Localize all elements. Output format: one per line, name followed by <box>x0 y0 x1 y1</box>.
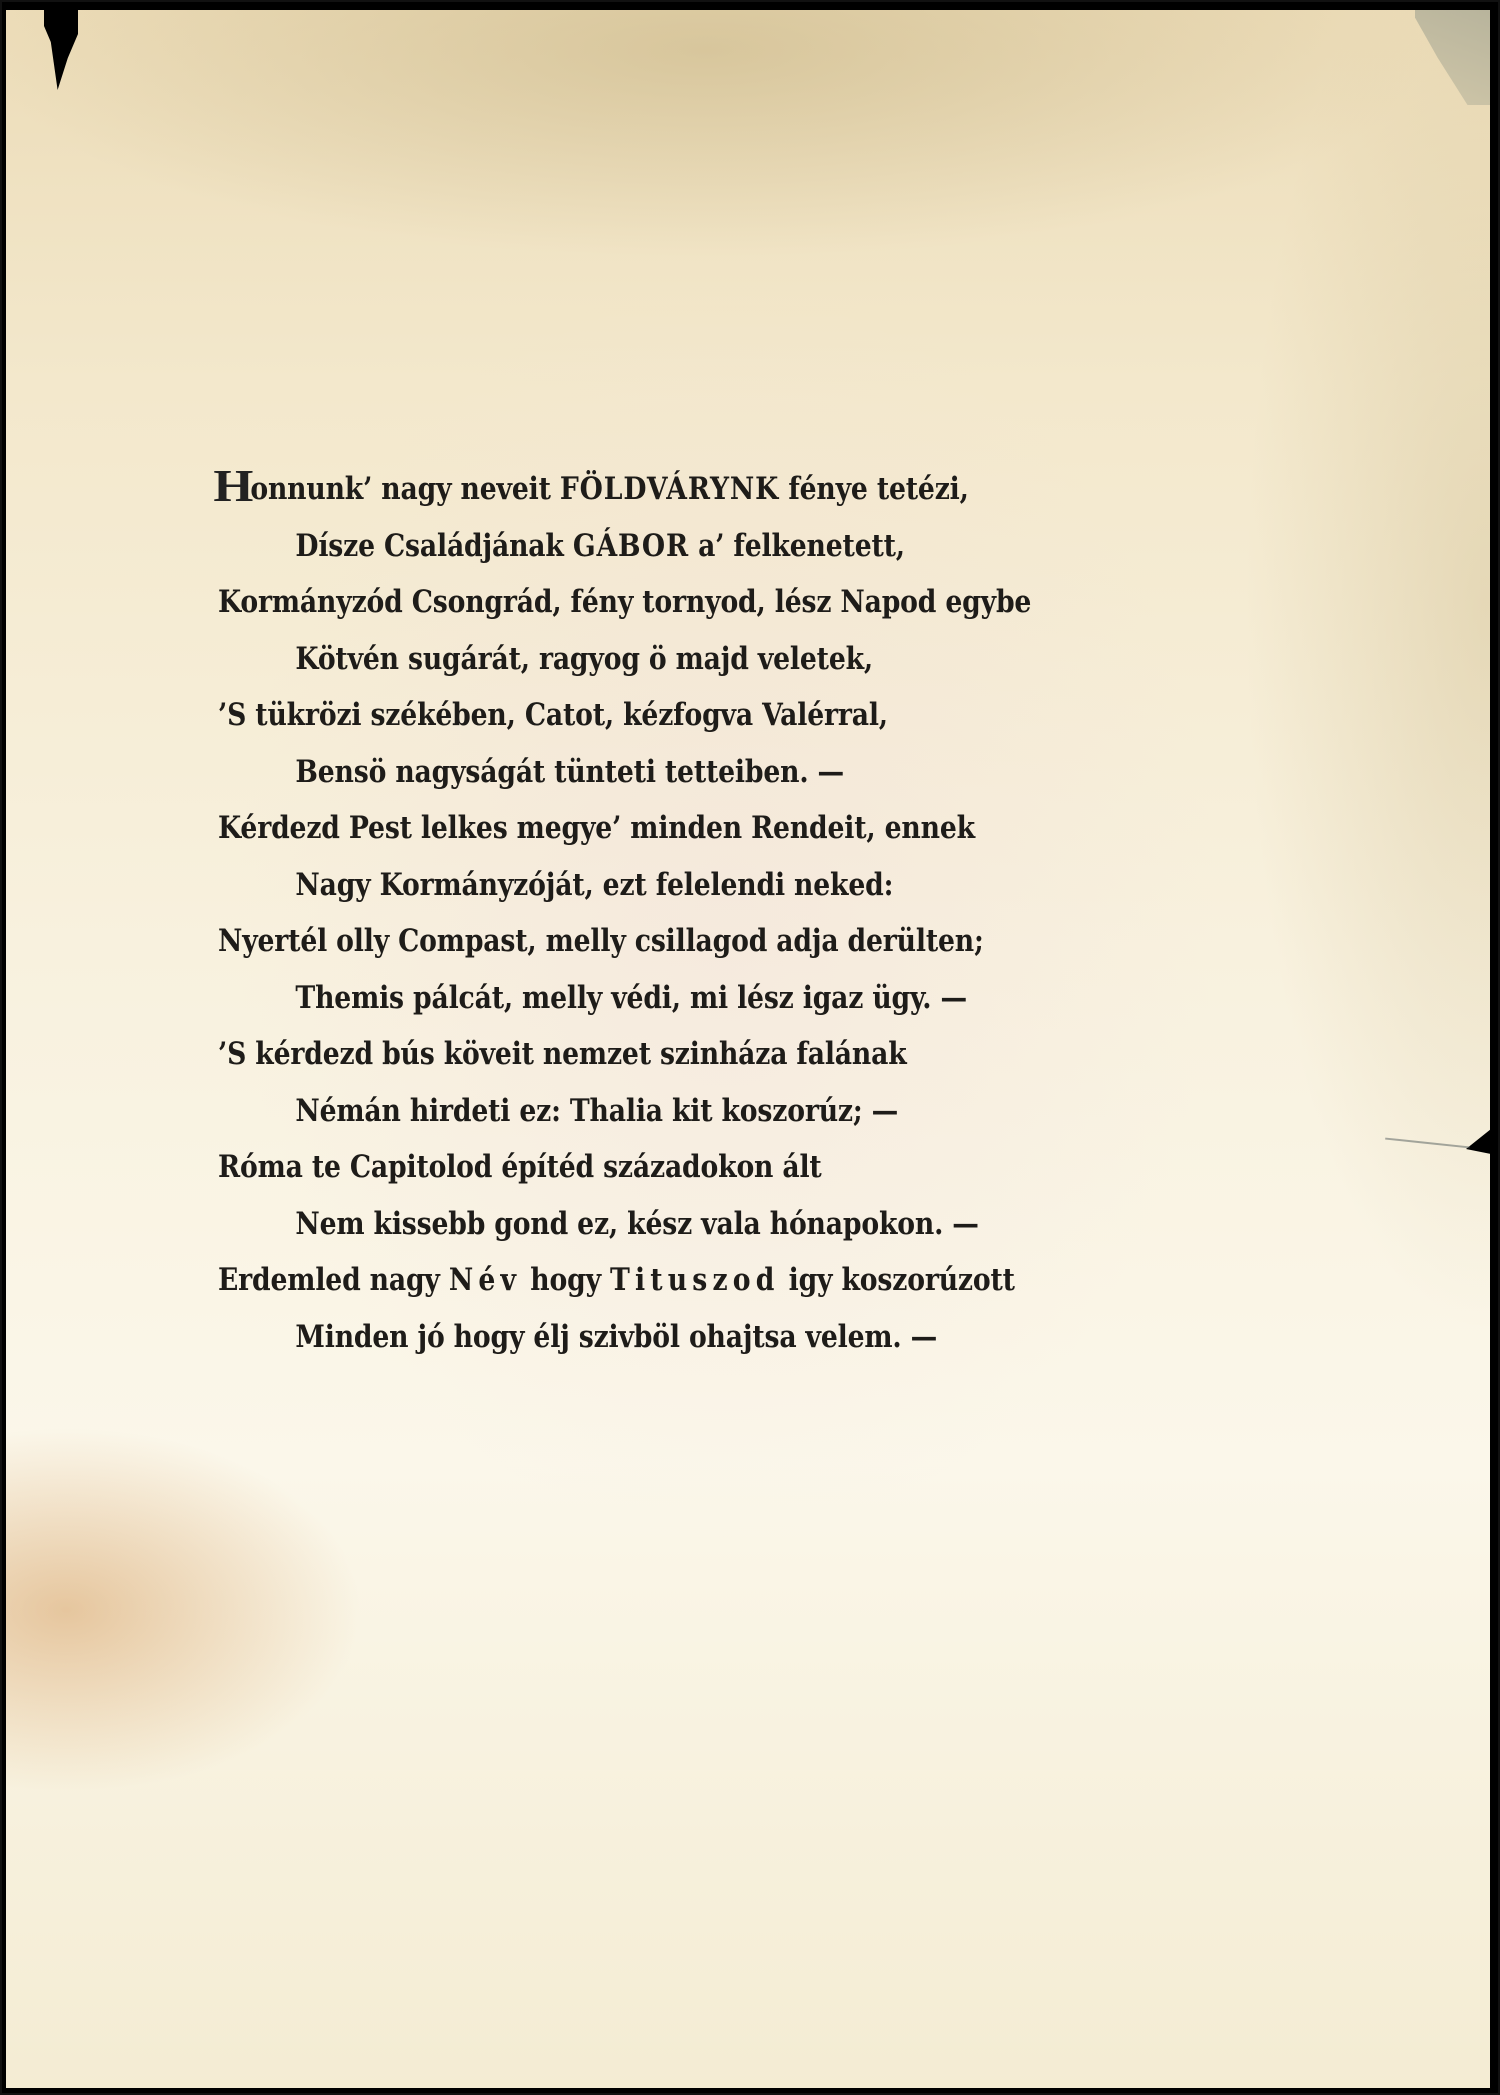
line-segment: igy koszorúzott <box>780 1262 1015 1298</box>
poem-line-13: Róma te Capitolod építéd századokon ált <box>218 1139 1078 1196</box>
poem-line-6: Bensö nagyságát tünteti tetteiben. — <box>218 744 1078 801</box>
poem-line-4: Kötvén sugárát, ragyog ö majd veletek, <box>218 631 1078 688</box>
poem-line-11: ’S kérdezd bús köveit nemzet szinháza fa… <box>218 1026 1078 1083</box>
paper-crack <box>1385 1138 1470 1149</box>
line-segment: onnunk’ nagy neveit <box>250 471 560 507</box>
poem-line-14: Nem kissebb gond ez, kész vala hónapokon… <box>218 1196 1078 1253</box>
spaced-word-tituszod: Tituszod <box>610 1262 780 1298</box>
poem-line-10: Themis pálcát, melly védi, mi lész igaz … <box>218 970 1078 1027</box>
poem-line-3: Kormányzód Csongrád, fény tornyod, lész … <box>218 574 1078 631</box>
name-foldvarynk: FÖLDVÁRYNK <box>560 471 779 507</box>
line-segment: hogy <box>521 1262 610 1298</box>
name-gabor: GÁBOR <box>573 528 689 564</box>
drop-cap: H <box>213 458 253 515</box>
torn-edge-right <box>1466 1125 1496 1155</box>
torn-corner-top-left <box>44 10 78 90</box>
poem-line-16: Minden jó hogy élj szivböl ohajtsa velem… <box>218 1309 1078 1366</box>
poem-line-9: Nyertél olly Compast, melly csillagod ad… <box>218 913 1078 970</box>
folded-corner-top-right <box>1415 10 1490 105</box>
line-segment: Dísze Családjának <box>295 528 572 564</box>
poem-line-1: Honnunk’ nagy neveit FÖLDVÁRYNK fénye te… <box>218 458 1078 518</box>
poem-line-2: Dísze Családjának GÁBOR a’ felkenetett, <box>218 518 1078 575</box>
poem-text: Honnunk’ nagy neveit FÖLDVÁRYNK fénye te… <box>218 458 1078 1365</box>
poem-line-15: Erdemled nagy Név hogy Tituszod igy kosz… <box>218 1252 1078 1309</box>
line-segment: a’ felkenetett, <box>689 528 905 564</box>
line-segment: Erdemled nagy <box>218 1262 449 1298</box>
spaced-word-nev: Név <box>449 1262 521 1298</box>
paper-page: Honnunk’ nagy neveit FÖLDVÁRYNK fénye te… <box>6 10 1490 2088</box>
poem-line-12: Némán hirdeti ez: Thalia kit koszorúz; — <box>218 1083 1078 1140</box>
poem-line-8: Nagy Kormányzóját, ezt felelendi neked: <box>218 857 1078 914</box>
line-segment: fénye tetézi, <box>779 471 969 507</box>
poem-line-7: Kérdezd Pest lelkes megye’ minden Rendei… <box>218 800 1078 857</box>
poem-line-5: ’S tükrözi székében, Catot, kézfogva Val… <box>218 687 1078 744</box>
